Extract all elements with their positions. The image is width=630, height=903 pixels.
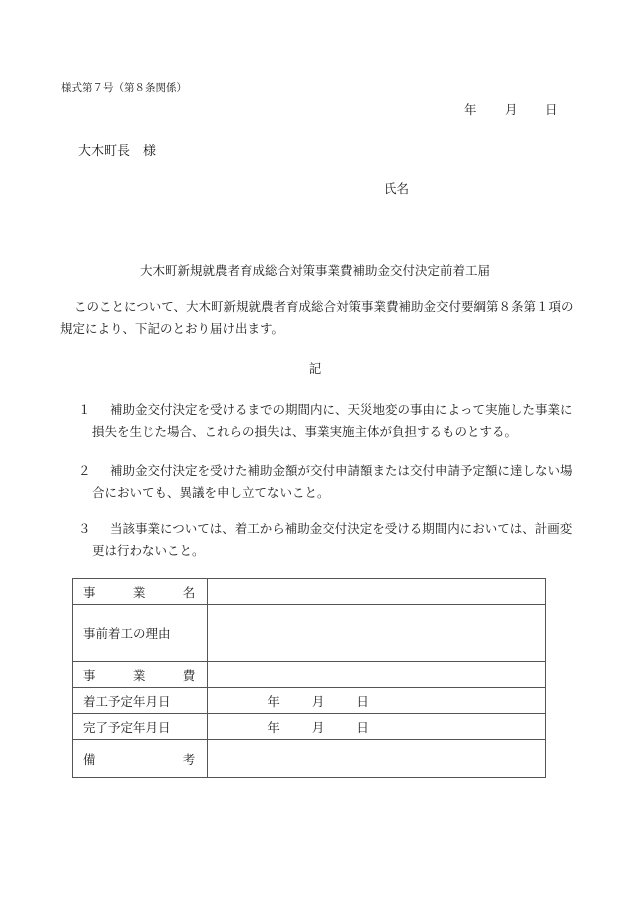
- date-year-label: 年: [464, 100, 477, 118]
- completion-month-label: 月: [312, 718, 325, 736]
- table-row-completion-date: 完了予定年月日 年 月 日: [73, 714, 546, 740]
- label-char: 名: [183, 583, 196, 601]
- condition-item-1: １ 補助金交付決定を受けるまでの期間内に、天災地変の事由によって実施した事業に損…: [78, 399, 578, 443]
- remarks-field[interactable]: [208, 740, 546, 778]
- completion-day-label: 日: [356, 718, 369, 736]
- label-planned-completion-date: 完了予定年月日: [73, 714, 208, 740]
- table-row-remarks: 備 考: [73, 740, 546, 778]
- condition-number: ３: [78, 518, 91, 540]
- start-day-label: 日: [356, 692, 369, 710]
- start-year-label: 年: [267, 692, 280, 710]
- label-char: 備: [83, 750, 96, 768]
- date-month-label: 月: [505, 100, 518, 118]
- form-number: 様式第７号（第８条関係）: [61, 80, 187, 95]
- project-name-field[interactable]: [208, 579, 546, 605]
- label-char: 事: [83, 583, 96, 601]
- condition-item-3: ３ 当該事業については、着工から補助金交付決定を受ける期間内においては、計画変更…: [78, 518, 578, 562]
- label-char: 費: [183, 666, 196, 684]
- label-char: 業: [133, 583, 146, 601]
- advance-start-reason-field[interactable]: [208, 605, 546, 662]
- condition-text: 当該事業については、着工から補助金交付決定を受ける期間内においては、計画変更は行…: [78, 518, 578, 562]
- addressee: 大木町長 様: [78, 140, 156, 159]
- project-cost-field[interactable]: [208, 662, 546, 688]
- planned-start-date-field[interactable]: 年 月 日: [208, 688, 546, 714]
- ki-heading: 記: [0, 359, 630, 377]
- label-char: 考: [183, 750, 196, 768]
- planned-completion-date-field[interactable]: 年 月 日: [208, 714, 546, 740]
- table-row-project-cost: 事 業 費: [73, 662, 546, 688]
- label-char: 業: [133, 666, 146, 684]
- condition-text: 補助金交付決定を受けた補助金額が交付申請額または交付申請予定額に達しない場合にお…: [78, 460, 578, 504]
- label-remarks: 備 考: [73, 740, 208, 778]
- start-month-label: 月: [312, 692, 325, 710]
- label-planned-start-date: 着工予定年月日: [73, 688, 208, 714]
- condition-number: ２: [78, 460, 91, 482]
- table-row-start-date: 着工予定年月日 年 月 日: [73, 688, 546, 714]
- project-info-table: 事 業 名 事前着工の理由 事 業 費 着工予定年月日 年 月 日 完了予定年月…: [72, 578, 546, 778]
- label-advance-start-reason: 事前着工の理由: [73, 605, 208, 662]
- document-title: 大木町新規就農者育成総合対策事業費補助金交付決定前着工届: [0, 261, 630, 279]
- label-project-cost: 事 業 費: [73, 662, 208, 688]
- condition-text: 補助金交付決定を受けるまでの期間内に、天災地変の事由によって実施した事業に損失を…: [78, 399, 578, 443]
- table-row-reason: 事前着工の理由: [73, 605, 546, 662]
- applicant-name-label: 氏名: [384, 179, 409, 197]
- completion-year-label: 年: [267, 718, 280, 736]
- condition-number: １: [78, 399, 91, 421]
- label-char: 事: [83, 666, 96, 684]
- condition-item-2: ２ 補助金交付決定を受けた補助金額が交付申請額または交付申請予定額に達しない場合…: [78, 460, 578, 504]
- body-paragraph: このことについて、大木町新規就農者育成総合対策事業費補助金交付要綱第８条第１項の…: [60, 296, 580, 340]
- body-text: このことについて、大木町新規就農者育成総合対策事業費補助金交付要綱第８条第１項の…: [60, 299, 574, 336]
- label-project-name: 事 業 名: [73, 579, 208, 605]
- date-day-label: 日: [545, 100, 558, 118]
- table-row-project-name: 事 業 名: [73, 579, 546, 605]
